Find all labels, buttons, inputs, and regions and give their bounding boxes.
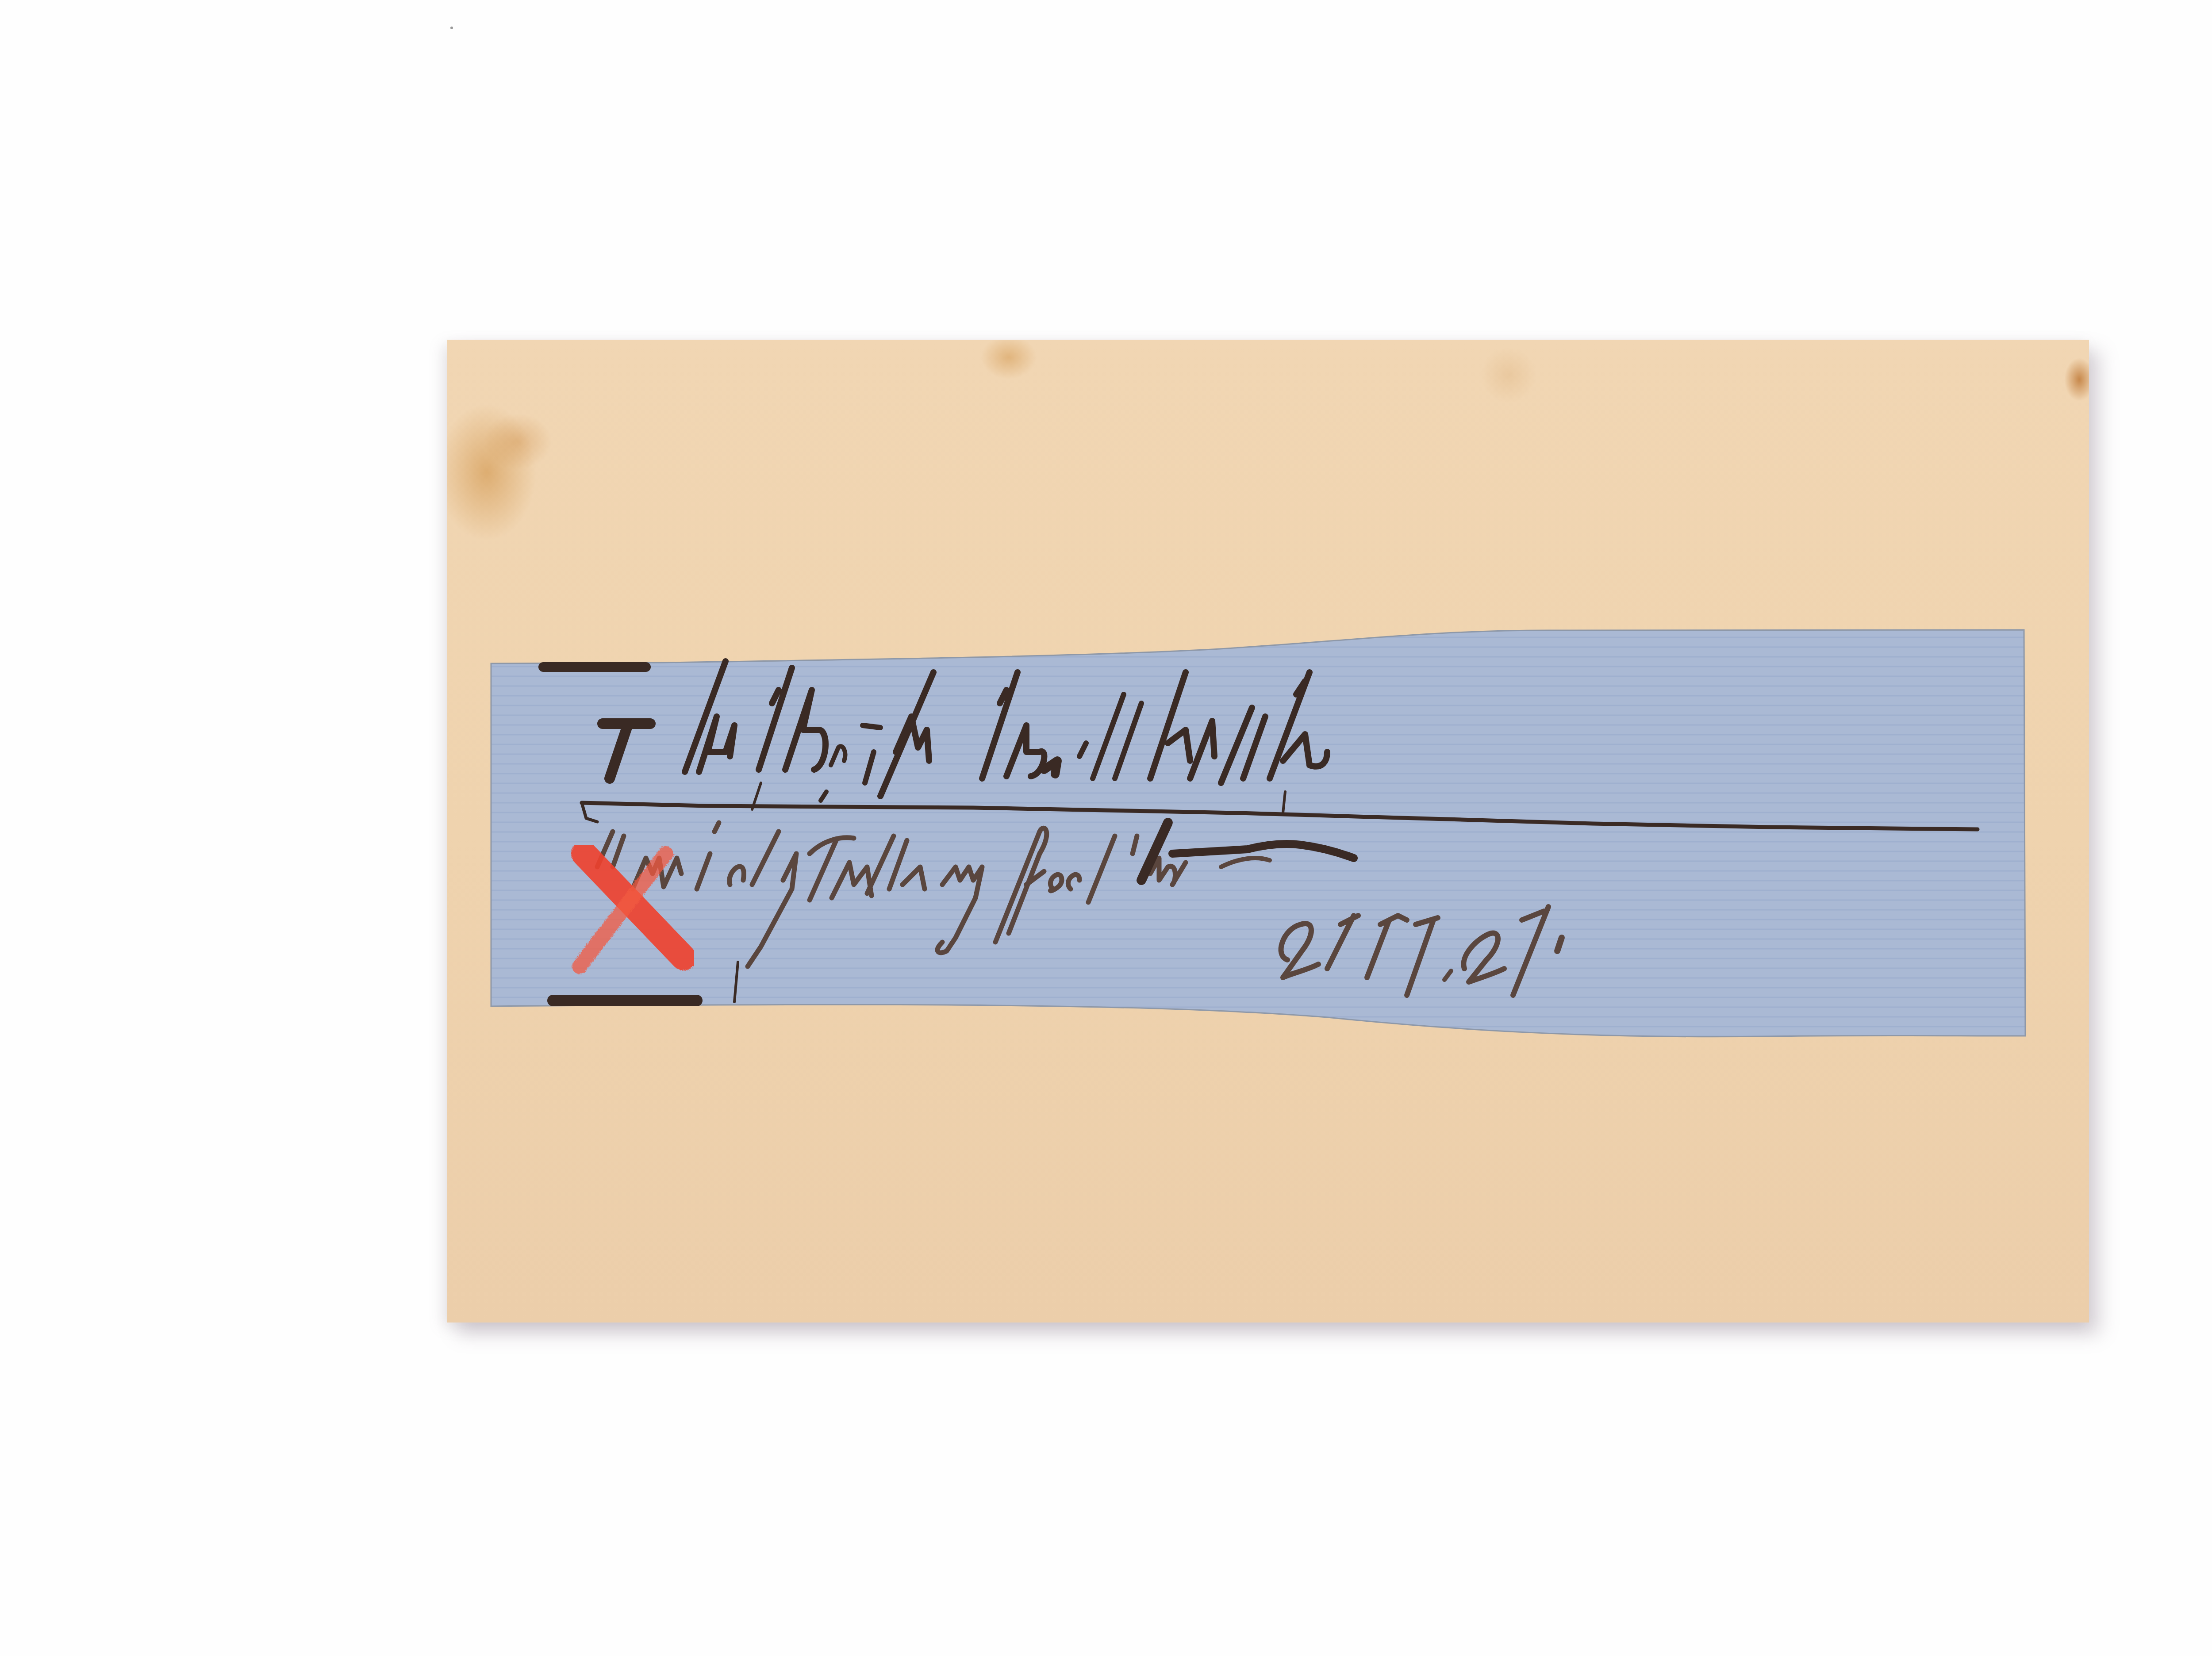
dust-speck xyxy=(450,27,453,29)
photo-stage: ǂkaˈkən ǂkaˈkə ǁkaǁkä (nicely talking) m… xyxy=(0,0,2212,1656)
mount-card xyxy=(447,340,2089,1322)
red-cross-mark xyxy=(571,845,699,977)
